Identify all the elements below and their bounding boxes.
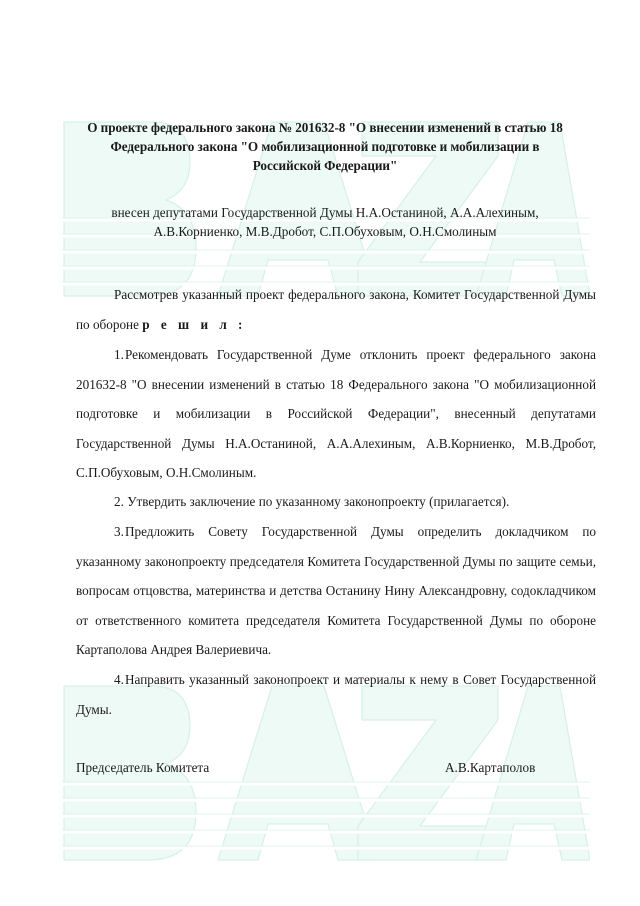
title-line: О проекте федерального закона № 201632-8… <box>62 118 588 137</box>
item-1: 1. Рекомендовать Государственной Думе от… <box>76 340 596 488</box>
item-text: Направить указанный законопроект и матер… <box>76 672 596 717</box>
item-4: 4. Направить указанный законопроект и ма… <box>76 665 596 724</box>
item-2: 2. Утвердить заключение по указанному за… <box>76 487 596 517</box>
authors-line: А.В.Корниенко, М.В.Дробот, С.П.Обуховым,… <box>62 222 588 241</box>
item-text: Утвердить заключение по указанному закон… <box>127 494 509 509</box>
document-authors: внесен депутатами Государственной Думы Н… <box>62 203 588 241</box>
item-number: 2. <box>114 494 124 509</box>
item-number: 1. <box>114 347 124 362</box>
item-number: 3. <box>114 524 124 539</box>
signatory-name: А.В.Картаполов <box>445 758 535 777</box>
document-page: О проекте федерального закона № 201632-8… <box>0 0 640 906</box>
title-line: Федерального закона "О мобилизационной п… <box>62 137 588 156</box>
authors-line: внесен депутатами Государственной Думы Н… <box>62 203 588 222</box>
decision-word: р е ш и л : <box>142 317 246 332</box>
item-text: Рекомендовать Государственной Думе откло… <box>76 347 596 480</box>
intro-paragraph: Рассмотрев указанный проект федерального… <box>76 280 596 339</box>
item-3: 3. Предложить Совету Государственной Дум… <box>76 517 596 665</box>
document-title: О проекте федерального закона № 201632-8… <box>62 118 588 175</box>
item-number: 4. <box>114 672 124 687</box>
title-line: Российской Федерации" <box>62 156 588 175</box>
signatory-position: Председатель Комитета <box>76 758 209 777</box>
item-text: Предложить Совету Государственной Думы о… <box>76 524 596 657</box>
